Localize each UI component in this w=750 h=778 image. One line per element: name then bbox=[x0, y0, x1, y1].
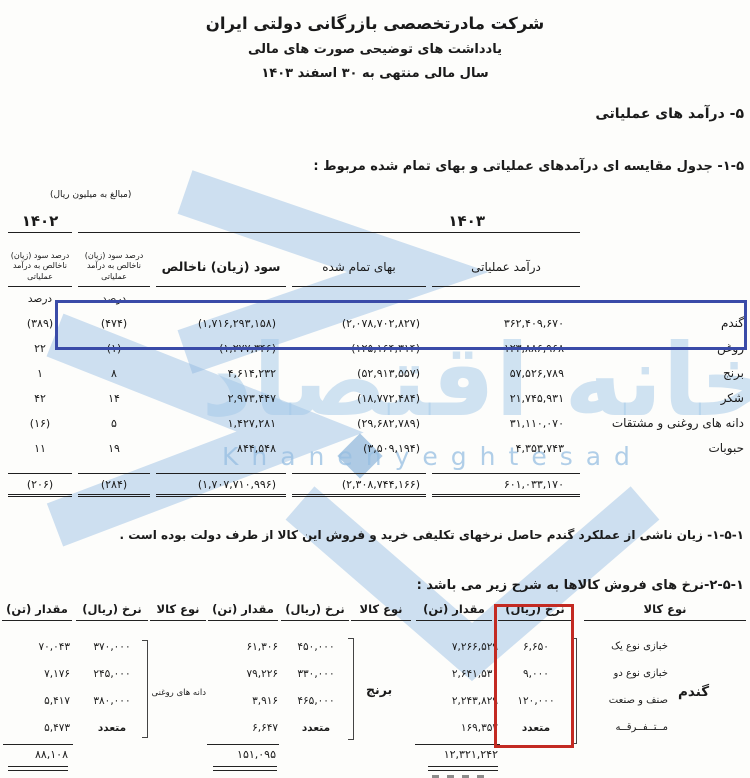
wheat-total-double-rule bbox=[428, 766, 498, 771]
row-label: برنج bbox=[586, 361, 746, 386]
rates-header-type-rice: نوع کالا bbox=[351, 601, 411, 621]
oilseeds-qty: ۷۰,۰۴۳ bbox=[4, 636, 70, 658]
rice-total-double-rule bbox=[213, 766, 277, 771]
cell-gross: ۴,۶۱۴,۲۳۲ bbox=[228, 367, 276, 380]
table-row-oilseeds: دانه های روغنی و مشتقات ۳۱,۱۱۰,۰۷۰ (۲۹,۶… bbox=[8, 411, 746, 436]
total-pct-prior: (۲۰۶) bbox=[27, 478, 53, 491]
cell-pct-prior: ۴۲ bbox=[34, 392, 46, 405]
rates-header-type-wheat: نوع کالا bbox=[584, 601, 746, 621]
totals-row: ۶۰۱,۰۳۳,۱۷۰ (۲,۳۰۸,۷۴۴,۱۶۶) (۱,۷۰۷,۷۱۰,۹… bbox=[8, 473, 746, 497]
cell-revenue: ۴,۳۵۳,۷۴۳ bbox=[516, 442, 564, 455]
cell-revenue: ۳۱,۱۱۰,۰۷۰ bbox=[510, 417, 564, 430]
cell-revenue: ۲۱,۷۴۵,۹۳۱ bbox=[510, 392, 564, 405]
rice-total-qty: ۱۵۱,۰۹۵ bbox=[210, 747, 276, 763]
oilseeds-total-qty: ۸۸,۱۰۸ bbox=[6, 747, 68, 763]
oilseeds-rate: ۳۷۰,۰۰۰ bbox=[78, 636, 146, 658]
section-5-title: ۵- درآمد های عملیاتی bbox=[595, 106, 744, 122]
cell-gross: ۲,۹۷۳,۴۴۷ bbox=[228, 392, 276, 405]
rates-header-rate-oilseeds: نرخ (ریال) bbox=[76, 601, 148, 621]
col-header-cost-of-goods: بهای تمام شده bbox=[292, 260, 426, 287]
table-row-rice: برنج ۵۷,۵۲۶,۷۸۹ (۵۲,۹۱۳,۵۵۷) ۴,۶۱۴,۲۳۲ ۸… bbox=[8, 361, 746, 386]
cell-gross: ۱,۴۲۷,۲۸۱ bbox=[228, 417, 276, 430]
rates-header-rate-rice: نرخ (ریال) bbox=[281, 601, 349, 621]
year-header-prior: ۱۴۰۲ bbox=[8, 212, 72, 233]
page-header: شرکت مادرتخصصی بازرگانی دولتی ایران یادد… bbox=[0, 14, 750, 81]
rates-header-qty-rice: مقدار (تن) bbox=[208, 601, 278, 621]
spacer-row bbox=[8, 461, 746, 473]
wheat-subtype: خبازی نوع یک bbox=[584, 636, 668, 658]
fiscal-period: سال مالی منتهی به ۳۰ اسفند ۱۴۰۳ bbox=[0, 66, 750, 81]
wheat-subtype: خبازی نوع دو bbox=[584, 663, 668, 685]
row-label: دانه های روغنی و مشتقات bbox=[586, 411, 746, 436]
empty-cell bbox=[586, 496, 746, 497]
oilseeds-rate: ۳۸۰,۰۰۰ bbox=[78, 690, 146, 712]
rates-header-type-oilseeds: نوع کالا bbox=[150, 601, 206, 621]
group-label-wheat: گندم bbox=[678, 684, 709, 700]
wheat-qty: ۷,۲۶۶,۵۲۹ bbox=[416, 636, 498, 658]
cell-pct-current: ۱۴ bbox=[108, 392, 120, 405]
cell-cost: (۱۸,۷۷۲,۴۸۴) bbox=[357, 392, 420, 405]
rice-rate: ۴۵۰,۰۰۰ bbox=[283, 636, 349, 658]
row-label: حبوبات bbox=[586, 436, 746, 461]
cell-gross: ۸۴۴,۵۴۸ bbox=[237, 442, 276, 455]
col-header-operating-revenue: درآمد عملیاتی bbox=[432, 260, 580, 287]
rice-rate: ۴۶۵,۰۰۰ bbox=[283, 690, 349, 712]
oilseeds-rate: ۲۴۵,۰۰۰ bbox=[78, 663, 146, 685]
empty-cell bbox=[586, 232, 746, 233]
company-name: شرکت مادرتخصصی بازرگانی دولتی ایران bbox=[0, 14, 750, 33]
highlight-box-blue-wheat-row bbox=[55, 300, 747, 350]
wheat-qty: ۱۶۹,۳۵۲ bbox=[416, 717, 498, 739]
cell-cost: (۵۲,۹۱۳,۵۵۷) bbox=[357, 367, 420, 380]
comparison-table: ۱۴۰۳ ۱۴۰۲ درآمد عملیاتی بهای تمام شده سو… bbox=[8, 212, 746, 497]
cell-pct-prior: (۱۶) bbox=[30, 417, 50, 430]
oilseeds-total-double-rule bbox=[8, 766, 68, 771]
cell-pct-current: ۸ bbox=[111, 367, 117, 380]
cell-pct-current: ۵ bbox=[111, 417, 117, 430]
empty-cell bbox=[586, 286, 746, 287]
rates-header-qty-wheat: مقدار (تن) bbox=[416, 601, 492, 621]
rice-qty: ۶,۶۴۷ bbox=[210, 717, 278, 739]
col-header-gross-profit-loss: سود (زیان) ناخالص bbox=[156, 259, 286, 287]
cell-pct-prior: ۱ bbox=[37, 367, 43, 380]
column-header-row: درآمد عملیاتی بهای تمام شده سود (زیان) ن… bbox=[8, 233, 746, 287]
group-label-rice: برنج bbox=[366, 682, 392, 697]
wheat-qty: ۲,۶۴۱,۵۳۱ bbox=[416, 663, 498, 685]
statement-subtitle: یادداشت های توضیحی صورت های مالی bbox=[0, 42, 750, 57]
oilseeds-qty: ۷,۱۷۶ bbox=[4, 663, 70, 685]
cell-pct-prior: ۲۲ bbox=[34, 342, 46, 355]
wheat-total-rule bbox=[415, 744, 500, 745]
group-label-oilseeds: دانه های روغنی bbox=[144, 688, 206, 698]
oilseeds-total-rule bbox=[3, 744, 73, 745]
cell-pct-prior: ۱۱ bbox=[34, 442, 46, 455]
rice-qty: ۷۹,۲۲۶ bbox=[210, 663, 278, 685]
cell-cost: (۲۹,۶۸۲,۷۸۹) bbox=[357, 417, 420, 430]
cell-cost: (۳,۵۰۹,۱۹۴) bbox=[363, 442, 420, 455]
cell-pct-prior: (۳۸۹) bbox=[27, 317, 53, 330]
total-gross: (۱,۷۰۷,۷۱۰,۹۹۶) bbox=[198, 478, 276, 491]
scanned-financial-statement-page: { "document": { "company": "شرکت مادرتخص… bbox=[0, 0, 750, 778]
cutoff-next-line bbox=[432, 775, 490, 778]
wheat-subtype: صنف و صنعت bbox=[584, 690, 668, 712]
row-label: شکر bbox=[586, 386, 746, 411]
table-row-sugar: شکر ۲۱,۷۴۵,۹۳۱ (۱۸,۷۷۲,۴۸۴) ۲,۹۷۳,۴۴۷ ۱۴… bbox=[8, 386, 746, 411]
amounts-unit-note: (مبالغ به میلیون ریال) bbox=[50, 190, 131, 200]
oilseeds-qty: ۵,۴۱۷ bbox=[4, 690, 70, 712]
note-5-1-1: ۱-۵-۱- زیان ناشی از عملکرد گندم حاصل نرخ… bbox=[119, 528, 744, 542]
cell-revenue: ۵۷,۵۲۶,۷۸۹ bbox=[510, 367, 564, 380]
rice-total-rule bbox=[207, 744, 279, 745]
highlight-box-red-wheat-rates bbox=[494, 604, 574, 748]
year-header-current: ۱۴۰۳ bbox=[78, 212, 580, 233]
section-5-1-title: ۱-۵- جدول مقایسه ای درآمدهای عملیاتی و ب… bbox=[313, 159, 744, 174]
table-row-legumes: حبوبات ۴,۳۵۳,۷۴۳ (۳,۵۰۹,۱۹۴) ۸۴۴,۵۴۸ ۱۹ … bbox=[8, 436, 746, 461]
oilseeds-rate-various: متعدد bbox=[78, 717, 146, 739]
col-header-pct-prior: درصد سود (زیان) ناخالص به درآمد عملیاتی bbox=[8, 251, 72, 287]
rice-qty: ۳,۹۱۶ bbox=[210, 690, 278, 712]
cell-pct-current: ۱۹ bbox=[108, 442, 120, 455]
oilseeds-qty: ۵,۴۷۳ bbox=[4, 717, 70, 739]
total-pct-current: (۲۸۴) bbox=[101, 478, 127, 491]
total-revenue: ۶۰۱,۰۳۳,۱۷۰ bbox=[504, 478, 564, 491]
wheat-total-qty: ۱۲,۳۲۱,۲۴۲ bbox=[416, 747, 498, 763]
col-header-pct-current: درصد سود (زیان) ناخالص به درآمد عملیاتی bbox=[78, 251, 150, 287]
total-cost: (۲,۳۰۸,۷۴۴,۱۶۶) bbox=[342, 478, 420, 491]
section-5-1-2-title: ۲-۵-۱-نرخ های فروش کالاها به شرح زیر می … bbox=[417, 578, 744, 593]
rice-rate-various: متعدد bbox=[283, 717, 349, 739]
wheat-qty: ۲,۲۴۳,۸۲۹ bbox=[416, 690, 498, 712]
rates-header-qty-oilseeds: مقدار (تن) bbox=[2, 601, 72, 621]
rice-qty: ۶۱,۳۰۶ bbox=[210, 636, 278, 658]
wheat-subtype: مــتــفــرقــه bbox=[584, 717, 668, 739]
rice-rate: ۳۳۰,۰۰۰ bbox=[283, 663, 349, 685]
year-header-row: ۱۴۰۳ ۱۴۰۲ bbox=[8, 212, 746, 233]
